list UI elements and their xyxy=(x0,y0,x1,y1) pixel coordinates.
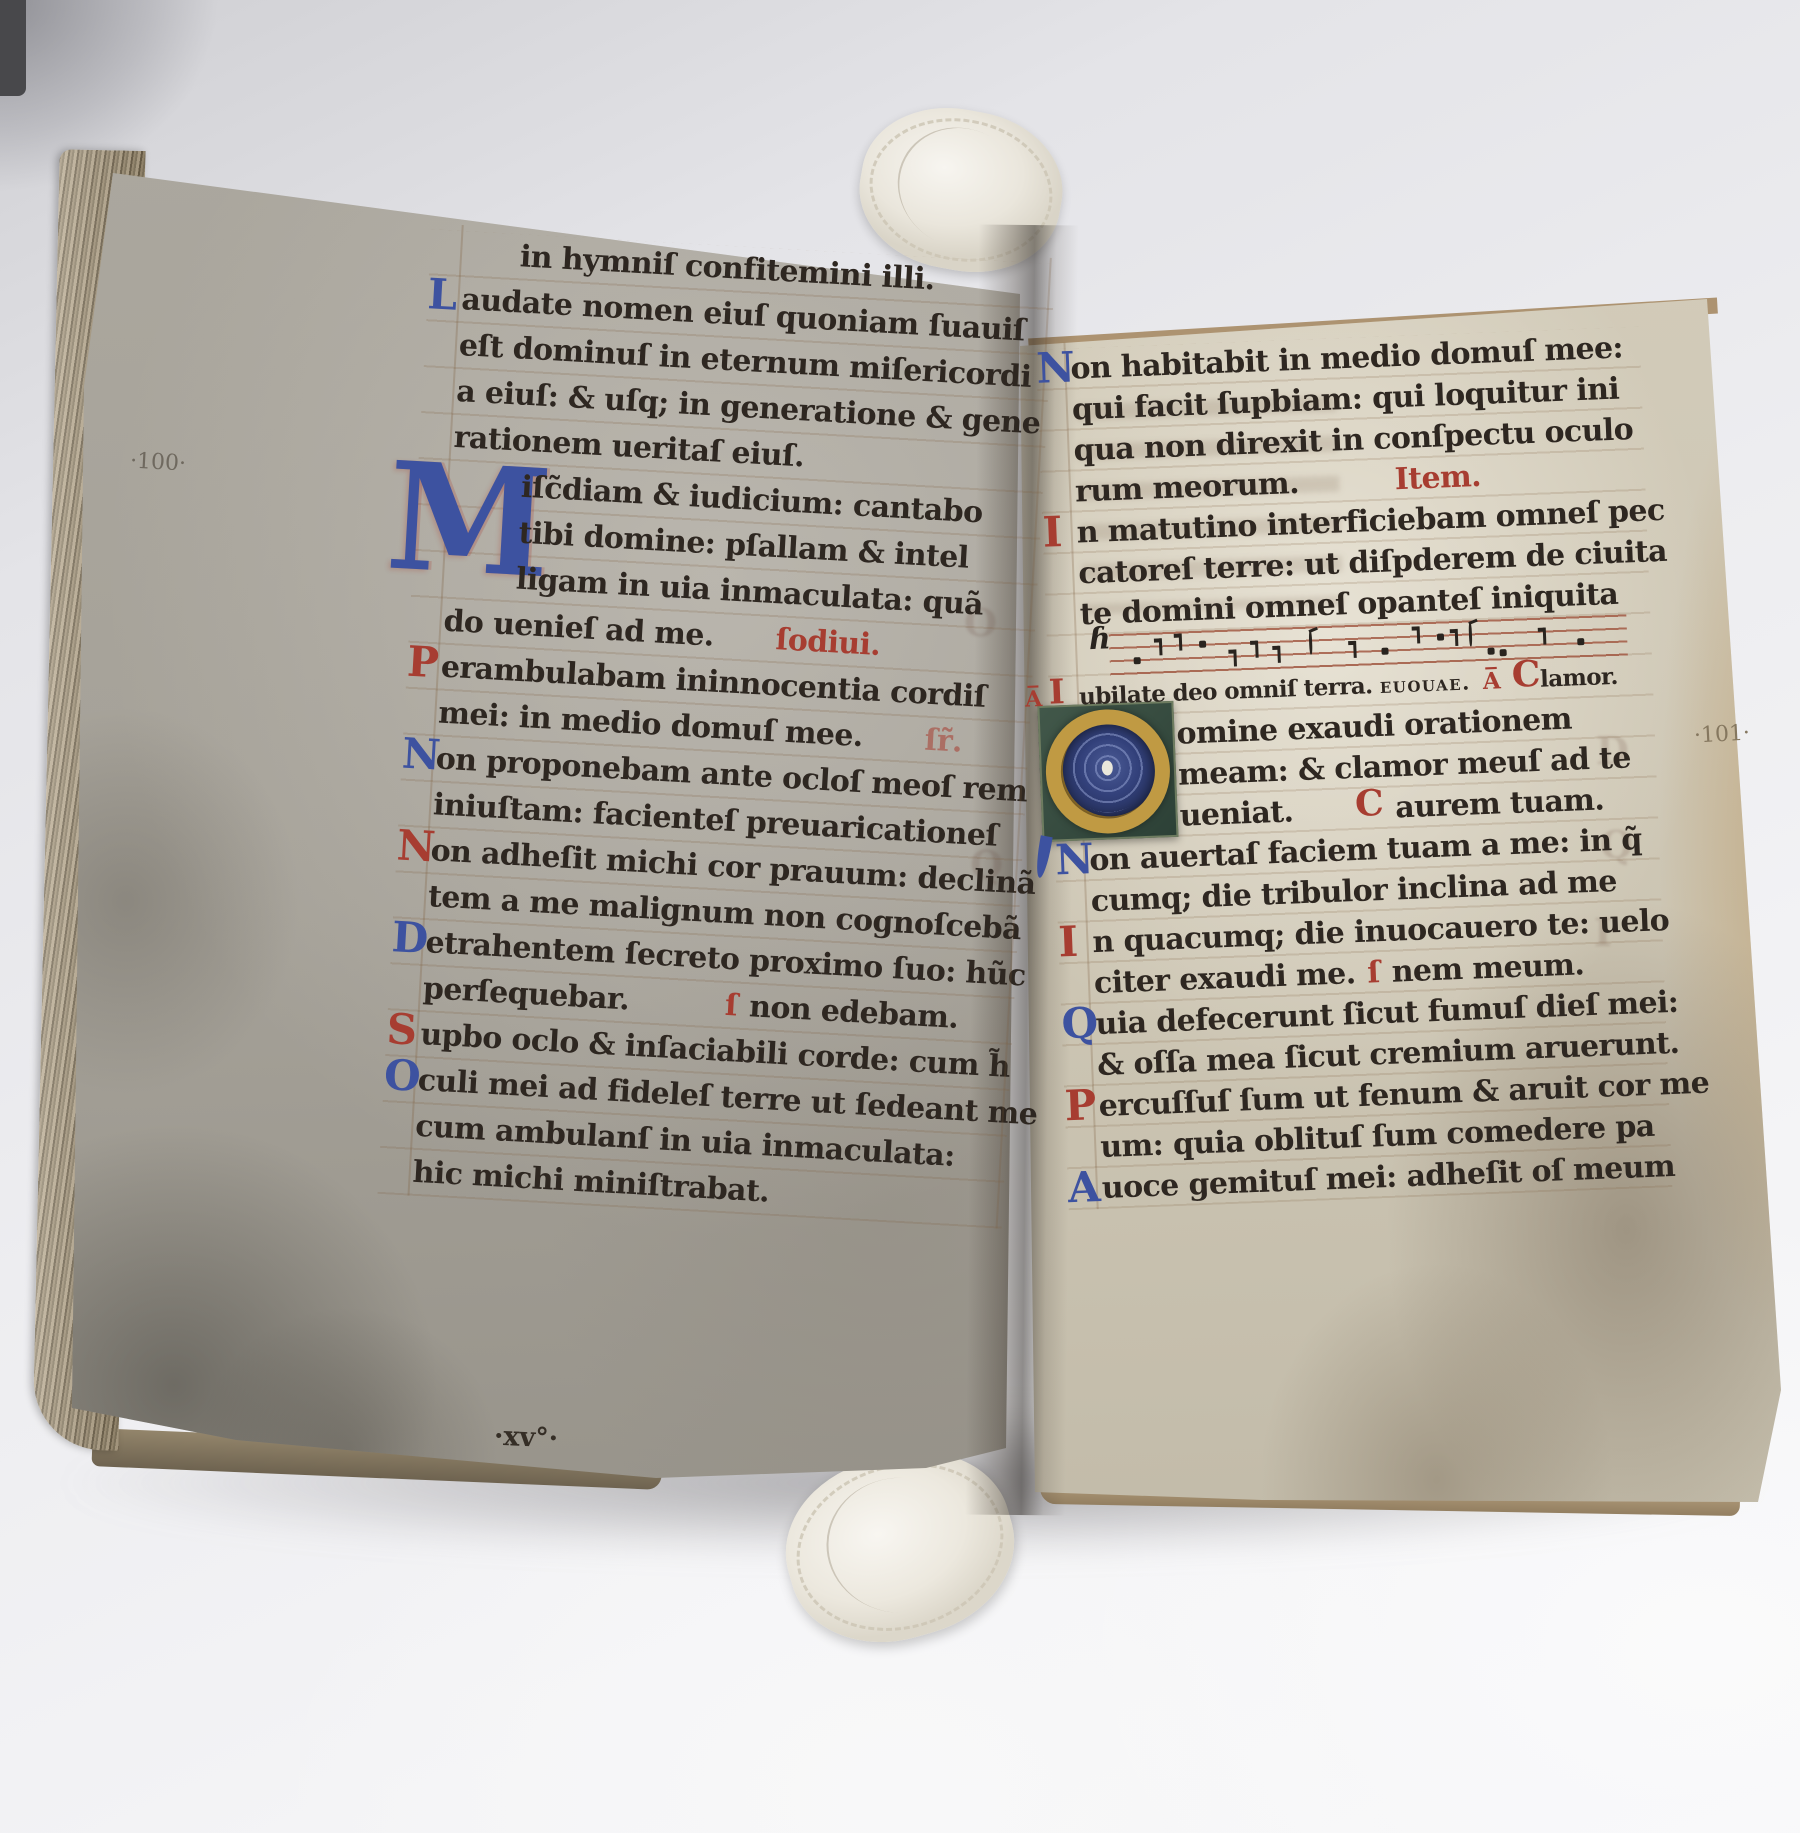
text-segment: C xyxy=(1354,788,1383,819)
text-segment: ſ xyxy=(1367,955,1381,990)
versal-initial: N xyxy=(396,826,432,866)
versal-initial: O xyxy=(383,1056,419,1096)
neume xyxy=(1159,638,1163,655)
text-segment: lamor. xyxy=(1540,663,1619,693)
versal-initial: P xyxy=(406,643,442,683)
text-segment: aurem tuam. xyxy=(1395,782,1605,825)
versal-initial: Q xyxy=(1061,1004,1096,1043)
neume xyxy=(1353,641,1357,658)
versal-initial: D xyxy=(391,918,427,958)
neume xyxy=(1277,646,1281,663)
text-segment: non edebam. xyxy=(748,989,959,1036)
text-segment: perſequebar. xyxy=(422,971,630,1017)
versal-initial: I xyxy=(1058,922,1093,961)
folio-number-left: ·100· xyxy=(129,449,186,477)
text-segment: A̅ xyxy=(1482,667,1500,695)
text-segment: ueniat. xyxy=(1179,794,1294,833)
text-segment: euouae. xyxy=(1379,669,1471,697)
neume xyxy=(1468,622,1472,646)
neume xyxy=(1233,649,1237,666)
neume xyxy=(1309,631,1313,655)
text-segment: nem meum. xyxy=(1391,947,1585,989)
text-segment: C xyxy=(1511,659,1540,690)
neume xyxy=(1179,634,1183,651)
clef-mark: ɦ xyxy=(1088,618,1111,660)
neume xyxy=(1577,638,1584,645)
neume xyxy=(1487,648,1494,655)
versal-initial: S xyxy=(386,1010,422,1050)
neume xyxy=(1543,628,1547,645)
text-segment: rum meorum. xyxy=(1075,466,1300,510)
text-segment: Item. xyxy=(1394,459,1481,497)
neume xyxy=(1134,657,1141,664)
neume xyxy=(1255,641,1259,658)
quire-signature: ·xv°· xyxy=(493,1421,558,1455)
versal-initial: A xyxy=(1067,1168,1102,1207)
neume xyxy=(1437,633,1444,640)
neume xyxy=(1381,648,1388,655)
text-segment: ſr̃. xyxy=(924,723,963,760)
text-segment: ſodiui. xyxy=(775,622,882,663)
neume xyxy=(1500,649,1507,656)
text-segment: citer exaudi me. xyxy=(1093,956,1356,1001)
table-edge-strip xyxy=(0,0,26,96)
versal-initial: N xyxy=(401,735,437,775)
neume xyxy=(1417,626,1421,643)
left-page-text-column: M in hymniſ confitemini illi.Laudate nom… xyxy=(378,229,1056,1228)
folio-number-right: ·101· xyxy=(1693,721,1750,749)
versal-initial: P xyxy=(1064,1086,1099,1125)
text-segment: ubilate deo omniſ terra. xyxy=(1079,672,1381,711)
versal-initial: I xyxy=(1048,677,1079,708)
neume xyxy=(1199,641,1206,648)
versal-initial: I xyxy=(1042,512,1077,551)
versal-initial: N xyxy=(1055,840,1090,879)
versal-initial: N xyxy=(1036,349,1071,388)
neume xyxy=(1455,629,1459,646)
versal-initial: L xyxy=(427,275,463,315)
right-page-text-column: D Non habitabit in medio domuſ mee:qui f… xyxy=(1036,327,1673,1211)
text-segment: ſ xyxy=(724,988,738,1024)
